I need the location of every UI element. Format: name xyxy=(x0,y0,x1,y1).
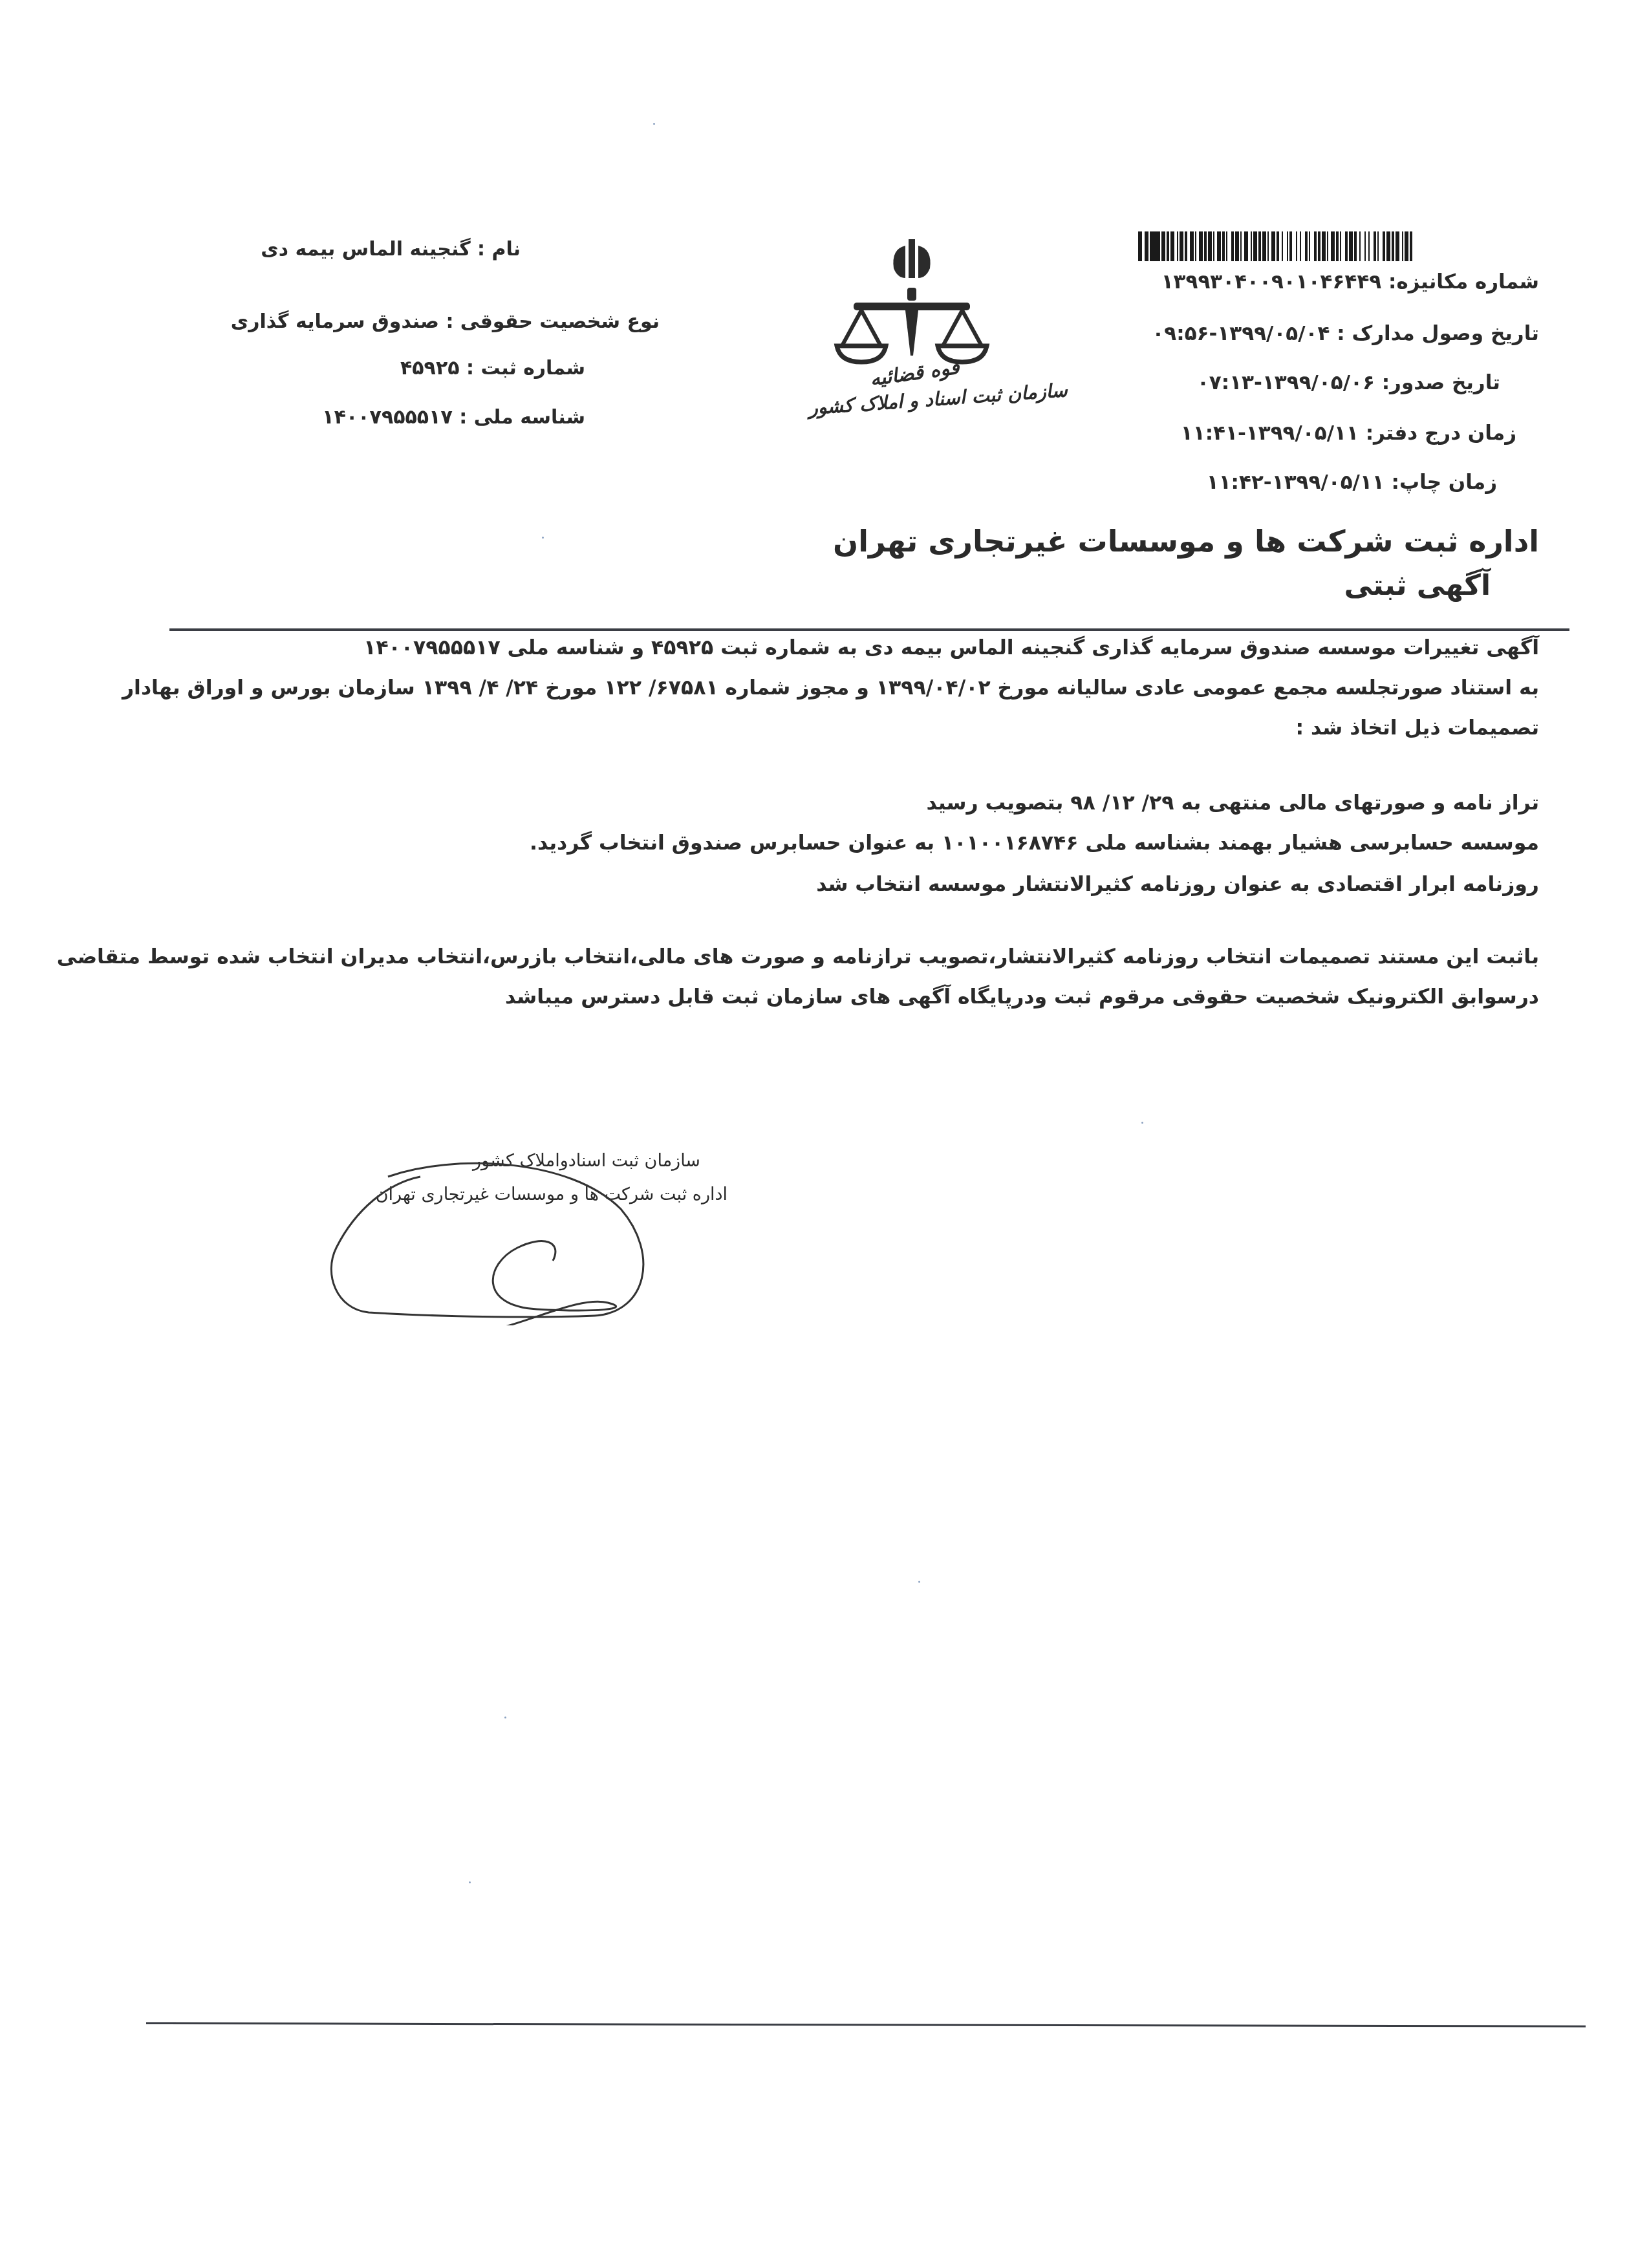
scales-of-justice-icon xyxy=(808,233,1015,369)
intro-line-1: آگهی تغییرات موسسه صندوق سرمایه گذاری گن… xyxy=(363,636,1539,659)
closing-line-1: باثبت این مستند تصمیمات انتخاب روزنامه ک… xyxy=(57,945,1539,968)
handwritten-signature-icon xyxy=(323,1157,685,1325)
intro-line-3: تصمیمات ذیل اتخاذ شد : xyxy=(1295,716,1539,740)
decision-3: روزنامه ابرار اقتصادی به عنوان روزنامه ک… xyxy=(816,873,1539,896)
documents-received-date: تاریخ وصول مدارک : ۱۳۹۹/۰۵/۰۴-۰۹:۵۶ xyxy=(1152,322,1539,345)
emblem-organization-text: سازمان ثبت اسناد و املاک کشور xyxy=(808,379,1068,419)
footer-divider xyxy=(146,2022,1586,2027)
judiciary-emblem: قوه قضائیه سازمان ثبت اسناد و املاک کشور xyxy=(808,233,1015,427)
barcode-bar xyxy=(1412,231,1416,261)
mechanized-number: شماره مکانیزه: ۱۳۹۹۳۰۴۰۰۹۰۱۰۴۶۴۴۹ xyxy=(1161,270,1539,294)
closing-line-2: درسوابق الکترونیک شخصیت حقوقی مرقوم ثبت … xyxy=(505,985,1539,1009)
print-time: زمان چاپ: ۱۳۹۹/۰۵/۱۱-۱۱:۴۲ xyxy=(1207,471,1497,494)
section-divider xyxy=(169,628,1569,631)
decision-1: تراز نامه و صورتهای مالی منتهی به ۲۹/ ۱۲… xyxy=(926,791,1539,815)
issue-date: تاریخ صدور: ۱۳۹۹/۰۵/۰۶-۰۷:۱۳ xyxy=(1197,371,1500,394)
intro-line-2: به استناد صورتجلسه مجمع عمومی عادی سالیا… xyxy=(122,676,1539,700)
entity-name: نام : گنجینه الماس بیمه دی xyxy=(261,238,521,261)
barcode xyxy=(1138,231,1539,261)
entity-national-id: شناسه ملی : ۱۴۰۰۷۹۵۵۵۱۷ xyxy=(322,406,585,429)
entity-registration-number: شماره ثبت : ۴۵۹۲۵ xyxy=(400,357,585,380)
registry-entry-time: زمان درج دفتر: ۱۳۹۹/۰۵/۱۱-۱۱:۴۱ xyxy=(1181,422,1516,445)
office-title: اداره ثبت شرکت ها و موسسات غیرتجاری تهرا… xyxy=(833,524,1539,559)
decision-2: موسسه حسابرسی هشیار بهمند بشناسه ملی ۱۰۱… xyxy=(530,831,1539,855)
notice-title: آگهی ثبتی xyxy=(1344,569,1491,602)
barcode-bar xyxy=(1150,231,1160,261)
entity-legal-type: نوع شخصیت حقوقی : صندوق سرمایه گذاری xyxy=(231,310,660,333)
